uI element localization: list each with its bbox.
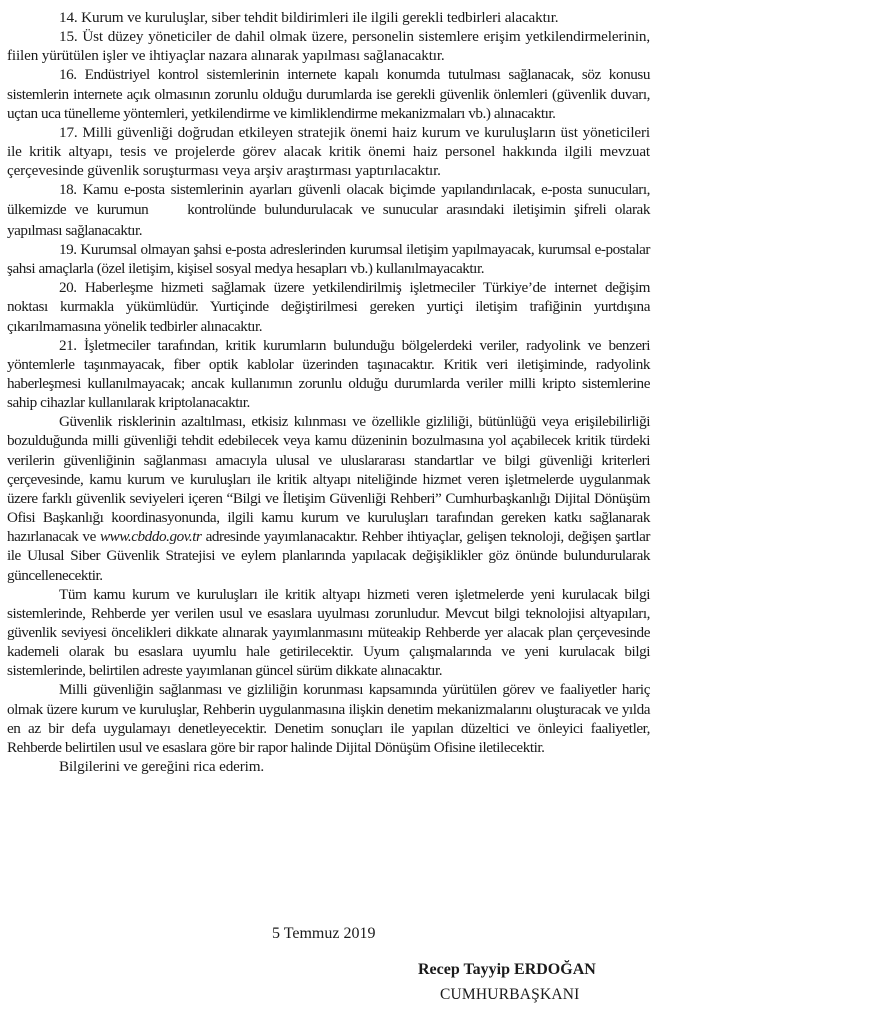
article-15: 15. Üst düzey yöneticiler de dahil olmak… <box>7 27 650 65</box>
document-body: 14. Kurum ve kuruluşlar, siber tehdit bi… <box>7 8 650 776</box>
paragraph-security-guide: Güvenlik risklerinin azaltılması, etkisi… <box>7 412 650 584</box>
closing-line: Bilgilerini ve gereğini rica ederim. <box>7 757 650 776</box>
paragraph-compliance: Tüm kamu kurum ve kuruluşları ile kritik… <box>7 585 650 681</box>
article-17: 17. Milli güvenliği doğrudan etkileyen s… <box>7 123 650 180</box>
article-20: 20. Haberleşme hizmeti sağlamak üzere ye… <box>7 278 650 335</box>
redacted-gap: . <box>157 202 179 221</box>
signatory-title: CUMHURBAŞKANI <box>440 985 580 1005</box>
security-guide-text-before: Güvenlik risklerinin azaltılması, etkisi… <box>7 413 650 545</box>
article-14: 14. Kurum ve kuruluşlar, siber tehdit bi… <box>7 8 650 27</box>
article-18: 18. Kamu e-posta sistemlerinin ayarları … <box>7 180 650 239</box>
website-link[interactable]: www.cbddo.gov.tr <box>100 528 202 545</box>
article-16: 16. Endüstriyel kontrol sistemlerinin in… <box>7 65 650 122</box>
document-date: 5 Temmuz 2019 <box>272 924 375 944</box>
article-21: 21. İşletmeciler tarafından, kritik kuru… <box>7 336 650 413</box>
article-19: 19. Kurumsal olmayan şahsi e-posta adres… <box>7 240 650 278</box>
signatory-name: Recep Tayyip ERDOĞAN <box>418 960 596 980</box>
paragraph-audit: Milli güvenliğin sağlanması ve gizliliği… <box>7 680 650 757</box>
